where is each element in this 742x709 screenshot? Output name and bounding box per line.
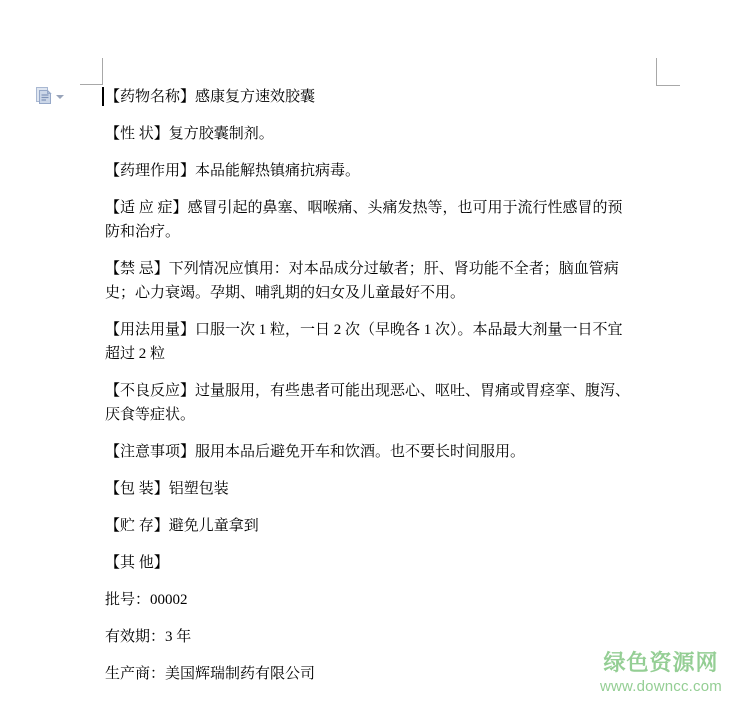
paragraph[interactable]: 【其 他】 xyxy=(105,551,657,575)
margin-mark-top-right-vertical xyxy=(656,58,657,86)
text-line[interactable]: 史；心力衰竭。孕期、哺乳期的妇女及儿童最好不用。 xyxy=(105,281,657,305)
document-text[interactable]: 【药物名称】感康复方速效胶囊【性 状】复方胶囊制剂。【药理作用】本品能解热镇痛抗… xyxy=(105,85,657,699)
margin-mark-top-left-vertical xyxy=(102,58,103,85)
paragraph[interactable]: 【药理作用】本品能解热镇痛抗病毒。 xyxy=(105,159,657,183)
word-document-canvas: { "app": { "background": "#ffffff" }, "p… xyxy=(0,0,742,709)
text-line[interactable]: 批号：00002 xyxy=(105,588,657,612)
text-line[interactable]: 【包 装】铝塑包装 xyxy=(105,477,657,501)
paragraph[interactable]: 【适 应 症】感冒引起的鼻塞、咽喉痛、头痛发热等，也可用于流行性感冒的预防和治疗… xyxy=(105,196,657,244)
margin-mark-top-right-horizontal xyxy=(657,85,680,86)
paragraph[interactable]: 【注意事项】服用本品后避免开车和饮酒。也不要长时间服用。 xyxy=(105,440,657,464)
text-cursor xyxy=(102,87,104,106)
paragraph[interactable]: 【性 状】复方胶囊制剂。 xyxy=(105,122,657,146)
text-line[interactable]: 厌食等症状。 xyxy=(105,403,657,427)
text-line[interactable]: 【禁 忌】下列情况应慎用：对本品成分过敏者；肝、肾功能不全者；脑血管病 xyxy=(105,257,657,281)
paragraph[interactable]: 【用法用量】口服一次 1 粒，一日 2 次（早晚各 1 次）。本品最大剂量一日不… xyxy=(105,318,657,366)
text-line[interactable]: 【用法用量】口服一次 1 粒，一日 2 次（早晚各 1 次）。本品最大剂量一日不… xyxy=(105,318,657,342)
text-line[interactable]: 超过 2 粒 xyxy=(105,342,657,366)
text-line[interactable]: 【性 状】复方胶囊制剂。 xyxy=(105,122,657,146)
paste-icon xyxy=(35,86,52,105)
chevron-down-icon[interactable] xyxy=(56,95,64,99)
text-line[interactable]: 【贮 存】避免儿童拿到 xyxy=(105,514,657,538)
text-line[interactable]: 【药物名称】感康复方速效胶囊 xyxy=(105,85,657,109)
watermark: 绿色资源网 www.downcc.com xyxy=(596,650,726,696)
text-line[interactable]: 防和治疗。 xyxy=(105,220,657,244)
text-line[interactable]: 生产商：美国辉瑞制药有限公司 xyxy=(105,662,657,686)
paste-options-button[interactable] xyxy=(35,84,65,106)
paragraph[interactable]: 【包 装】铝塑包装 xyxy=(105,477,657,501)
paragraph[interactable]: 【贮 存】避免儿童拿到 xyxy=(105,514,657,538)
margin-mark-top-left-horizontal xyxy=(80,84,102,85)
paragraph[interactable]: 【禁 忌】下列情况应慎用：对本品成分过敏者；肝、肾功能不全者；脑血管病史；心力衰… xyxy=(105,257,657,305)
text-line[interactable]: 【其 他】 xyxy=(105,551,657,575)
text-line[interactable]: 【适 应 症】感冒引起的鼻塞、咽喉痛、头痛发热等，也可用于流行性感冒的预 xyxy=(105,196,657,220)
paragraph[interactable]: 【不良反应】过量服用，有些患者可能出现恶心、呕吐、胃痛或胃痉挛、腹泻、厌食等症状… xyxy=(105,379,657,427)
watermark-site-name: 绿色资源网 xyxy=(596,650,726,676)
paragraph[interactable]: 【药物名称】感康复方速效胶囊 xyxy=(105,85,657,109)
text-line[interactable]: 【药理作用】本品能解热镇痛抗病毒。 xyxy=(105,159,657,183)
paragraph[interactable]: 批号：00002 xyxy=(105,588,657,612)
watermark-site-url: www.downcc.com xyxy=(596,678,726,696)
text-line[interactable]: 【不良反应】过量服用，有些患者可能出现恶心、呕吐、胃痛或胃痉挛、腹泻、 xyxy=(105,379,657,403)
text-line[interactable]: 【注意事项】服用本品后避免开车和饮酒。也不要长时间服用。 xyxy=(105,440,657,464)
paragraph[interactable]: 有效期：3 年 xyxy=(105,625,657,649)
paragraph[interactable]: 生产商：美国辉瑞制药有限公司 xyxy=(105,662,657,686)
text-line[interactable]: 有效期：3 年 xyxy=(105,625,657,649)
